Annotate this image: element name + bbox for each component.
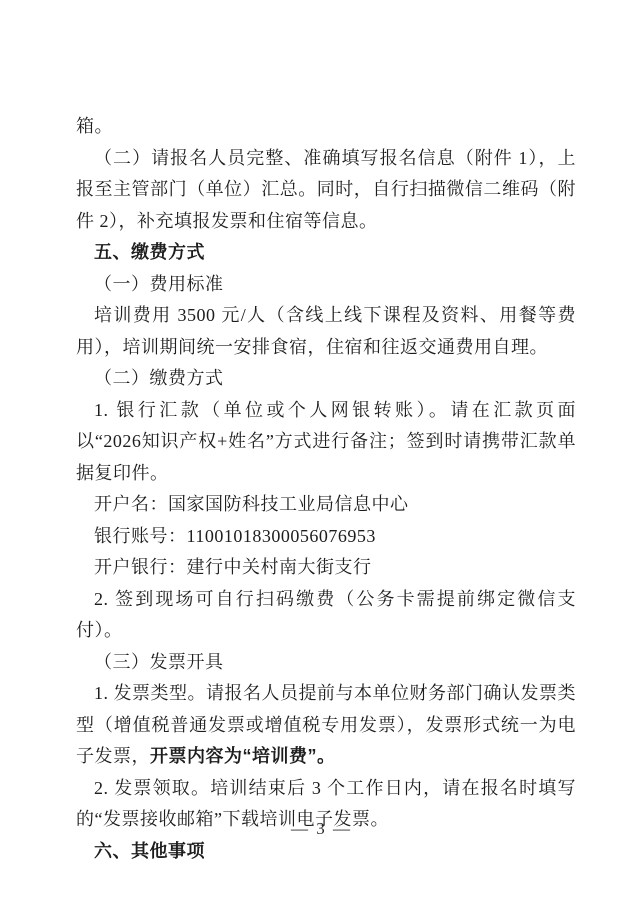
document-body: 箱。 （二）请报名人员完整、准确填写报名信息（附件 1），上报至主管部门（单位）… (76, 111, 576, 867)
page-number: — 3 — (0, 819, 643, 839)
paragraph-onsite-payment: 2. 签到现场可自行扫码缴费（公务卡需提前绑定微信支付）。 (76, 584, 576, 647)
paragraph-registration-instructions: （二）请报名人员完整、准确填写报名信息（附件 1），上报至主管部门（单位）汇总。… (76, 143, 576, 238)
subheading-payment-method: （二）缴费方式 (76, 363, 576, 395)
paragraph-mailbox-continuation: 箱。 (76, 111, 576, 143)
heading-section-5-payment: 五、缴费方式 (76, 237, 576, 269)
paragraph-fee-details: 培训费用 3500 元/人（含线上线下课程及资料、用餐等费用），培训期间统一安排… (76, 300, 576, 363)
paragraph-bank-transfer: 1. 银行汇款（单位或个人网银转账）。请在汇款页面以“2026知识产权+姓名”方… (76, 395, 576, 490)
document-page: 箱。 （二）请报名人员完整、准确填写报名信息（附件 1），上报至主管部门（单位）… (0, 0, 643, 911)
subheading-invoice-issuance: （三）发票开具 (76, 647, 576, 679)
paragraph-bank-branch: 开户银行：建行中关村南大街支行 (76, 552, 576, 584)
heading-section-6-other: 六、其他事项 (76, 836, 576, 868)
paragraph-invoice-type: 1. 发票类型。请报名人员提前与本单位财务部门确认发票类型（增值税普通发票或增值… (76, 678, 576, 773)
subheading-fee-standard: （一）费用标准 (76, 269, 576, 301)
paragraph-account-name: 开户名：国家国防科技工业局信息中心 (76, 489, 576, 521)
paragraph-bank-account-number: 银行账号：11001018300056076953 (76, 521, 576, 553)
invoice-content-bold: 开票内容为“培训费”。 (150, 746, 336, 766)
